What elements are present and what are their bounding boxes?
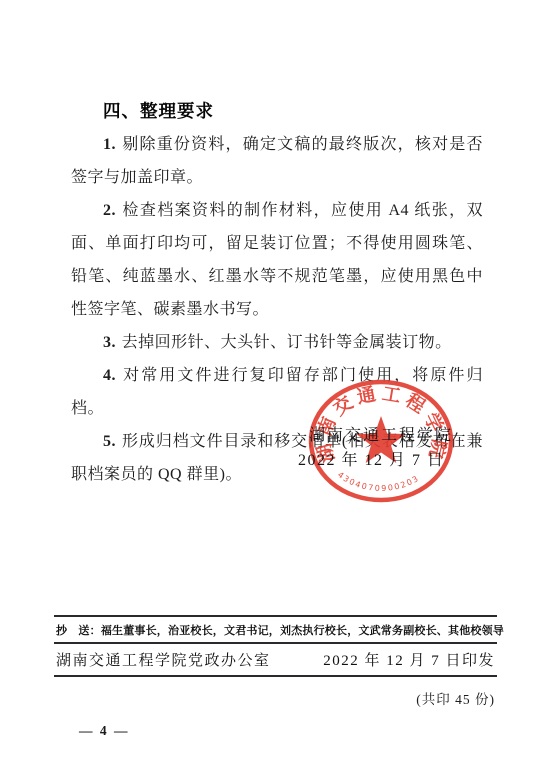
- body-paragraph-3: 3.去掉回形针、大头针、订书针等金属装订物。: [71, 326, 483, 359]
- item-number: 5.: [103, 433, 116, 450]
- body-paragraph-1: 1.剔除重份资料，确定文稿的最终版次，核对是否签字与加盖印章。: [71, 128, 483, 194]
- body-paragraph-2: 2.检查档案资料的制作材料，应使用 A4 纸张，双面、单面打印均可，留足装订位置…: [71, 194, 483, 326]
- footer-block: 抄 送：福生董事长，治亚校长，文君书记，刘杰执行校长，文武常务副校长、其他校领导…: [54, 615, 497, 708]
- issue-date: 2022 年 12 月 7 日印发: [323, 649, 495, 670]
- item-text: 剔除重份资料，确定文稿的最终版次，核对是否签字与加盖印章。: [71, 136, 483, 186]
- footer-bottom-rule: [54, 675, 497, 677]
- signature-date: 2022 年 12 月 7 日: [298, 447, 445, 470]
- signature-org: 湖南交通工程学院: [309, 422, 453, 445]
- document-page: 四、整理要求 1.剔除重份资料，确定文稿的最终版次，核对是否签字与加盖印章。 2…: [0, 0, 551, 780]
- page-number: — 4 —: [79, 723, 130, 739]
- item-number: 4.: [103, 367, 116, 384]
- item-number: 2.: [103, 202, 116, 219]
- issuer-name: 湖南交通工程学院党政办公室: [56, 649, 271, 670]
- cc-row: 抄 送：福生董事长，治亚校长，文君书记，刘杰执行校长，文武常务副校长、其他校领导: [54, 617, 497, 642]
- issuer-row: 湖南交通工程学院党政办公室 2022 年 12 月 7 日印发: [54, 644, 497, 675]
- item-text: 检查档案资料的制作材料，应使用 A4 纸张，双面、单面打印均可，留足装订位置；不…: [71, 202, 483, 318]
- item-number: 1.: [103, 136, 116, 153]
- item-text: 去掉回形针、大头针、订书针等金属装订物。: [122, 334, 452, 351]
- copies-count: (共印 45 份): [54, 688, 497, 708]
- section-heading: 四、整理要求: [71, 94, 483, 128]
- seal-serial-number: 4304070900203: [336, 470, 421, 493]
- cc-label: 抄 送：: [56, 625, 101, 637]
- cc-list: 福生董事长，治亚校长，文君书记，刘杰执行校长，文武常务副校长、其他校领导: [101, 625, 504, 637]
- item-number: 3.: [103, 334, 116, 351]
